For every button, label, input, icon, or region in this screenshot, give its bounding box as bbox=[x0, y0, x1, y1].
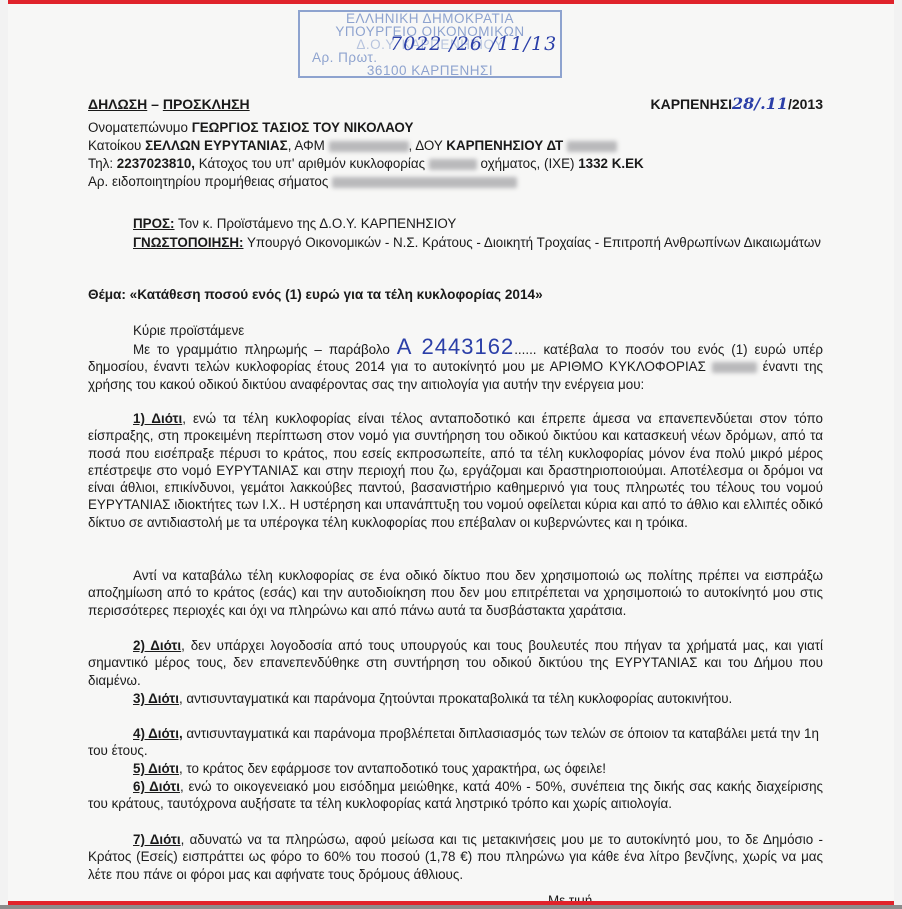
redacted-afm bbox=[329, 141, 409, 152]
reason-label: 4) Διότι, bbox=[133, 726, 183, 741]
reason-label: 6) Διότι bbox=[133, 779, 180, 794]
doc-type-separator: – bbox=[147, 96, 163, 112]
intro-paragraph: Με το γραμμάτιο πληρωμής – παράβολο Α 24… bbox=[88, 338, 823, 393]
phone-label: Τηλ: bbox=[88, 156, 117, 171]
reason-1-continued: Αντί να καταβάλω τέλη κυκλοφορίας σε ένα… bbox=[88, 567, 823, 619]
reason-6: 6) Διότι, ενώ το οικογενειακό μου εισόδη… bbox=[88, 778, 823, 813]
vehicle-cc: 1332 Κ.ΕΚ bbox=[578, 156, 644, 171]
stamp-line-5: 36100 ΚΑΡΠΕΝΗΣΙ bbox=[300, 64, 560, 77]
intro-before: Με το γραμμάτιο πληρωμής – παράβολο bbox=[133, 342, 397, 357]
residence: ΣΕΛΛΩΝ ΕΥΡΥΤΑΝΙΑΣ bbox=[145, 138, 288, 153]
reason-text: , αδυνατώ να τα πληρώσω, αφού μείωσα και… bbox=[88, 832, 823, 882]
reason-text: αντισυνταγματικά και παράνομα προβλέπετα… bbox=[88, 726, 819, 758]
place: ΚΑΡΠΕΝΗΣΙ bbox=[650, 96, 732, 112]
reason-text: , δεν υπάρχει λογοδοσία από τους υπουργο… bbox=[88, 638, 823, 688]
phone: 2237023810, bbox=[117, 156, 195, 171]
document-type: ΔΗΛΩΣΗ – ΠΡΟΣΚΛΗΣΗ bbox=[88, 96, 250, 112]
reason-label: 3) Διότι bbox=[133, 691, 179, 706]
reason-label: 5) Διότι bbox=[133, 761, 179, 776]
doc-type-declaration: ΔΗΛΩΣΗ bbox=[88, 96, 147, 112]
reason-7: 7) Διότι, αδυνατώ να τα πληρώσω, αφού με… bbox=[88, 831, 823, 883]
protocol-number-handwritten: 7022 /26 /11/13 bbox=[390, 38, 557, 51]
supply-label: Αρ. ειδοποιητηρίου προμήθειας σήματος bbox=[88, 174, 332, 189]
afm-label: , ΑΦΜ bbox=[288, 138, 329, 153]
reason-label: 2) Διότι bbox=[133, 638, 181, 653]
sender-name-line: Ονοματεπώνυμο ΓΕΩΡΓΙΟΣ ΤΑΣΙΟΣ ΤΟΥ ΝΙΚΟΛΑ… bbox=[88, 120, 413, 135]
to-label: ΠΡΟΣ: bbox=[133, 216, 175, 231]
vehicle-text-2: οχήματος, (ΙΧΕ) bbox=[477, 156, 578, 171]
place-date: ΚΑΡΠΕΝΗΣΙ28/.11/2013 bbox=[650, 94, 823, 113]
reason-text: , ενώ το οικογενειακό μου εισόδημα μειώθ… bbox=[88, 779, 823, 811]
reason-1: 1) Διότι, ενώ τα τέλη κυκλοφορίας είναι … bbox=[88, 410, 823, 531]
official-stamp: ΕΛΛΗΝΙΚΗ ΔΗΜΟΚΡΑΤΙΑ ΥΠΟΥΡΓΕΙΟ ΟΙΚΟΝΟΜΙΚΩ… bbox=[298, 10, 562, 78]
date-handwritten: 28/.11 bbox=[732, 94, 788, 113]
cc-label: ΓΝΩΣΤΟΠΟΙΗΣΗ: bbox=[133, 235, 244, 250]
receipt-number-handwritten: Α 2443162 bbox=[397, 334, 514, 359]
sender-name: ΓΕΩΡΓΙΟΣ ΤΑΣΙΟΣ ΤΟΥ ΝΙΚΟΛΑΟΥ bbox=[192, 120, 414, 135]
cc-line: ΓΝΩΣΤΟΠΟΙΗΣΗ: Υπουργό Οικονομικών - Ν.Σ.… bbox=[88, 234, 823, 252]
reason-text: Αντί να καταβάλω τέλη κυκλοφορίας σε ένα… bbox=[88, 568, 823, 618]
sender-residence-line: Κατοίκου ΣΕΛΛΩΝ ΕΥΡΥΤΑΝΙΑΣ, ΑΦΜ , ΔΟΥ ΚΑ… bbox=[88, 138, 617, 153]
doc-type-invitation: ΠΡΟΣΚΛΗΣΗ bbox=[163, 96, 250, 112]
bottom-shadow bbox=[0, 905, 902, 909]
salutation: Κύριε προϊστάμενε bbox=[133, 323, 244, 338]
reason-5: 5) Διότι, το κράτος δεν εφάρμοσε τον αντ… bbox=[88, 760, 823, 777]
redacted-plate bbox=[429, 159, 477, 170]
redacted-supply-number bbox=[332, 177, 517, 188]
recipient-line: ΠΡΟΣ: Τον κ. Προϊστάμενο της Δ.Ο.Υ. ΚΑΡΠ… bbox=[133, 216, 456, 231]
subject: Θέμα: «Κατάθεση ποσού ενός (1) ευρώ για … bbox=[88, 287, 543, 302]
sender-supply-line: Αρ. ειδοποιητηρίου προμήθειας σήματος bbox=[88, 174, 517, 189]
to-recipient: Τον κ. Προϊστάμενο της Δ.Ο.Υ. ΚΑΡΠΕΝΗΣΙΟ… bbox=[175, 216, 457, 231]
doy: ΚΑΡΠΕΝΗΣΙΟΥ ΔΤ bbox=[446, 138, 563, 153]
doy-label: , ΔΟΥ bbox=[409, 138, 447, 153]
reason-text: , αντισυνταγματικά και παράνομα ζητούντα… bbox=[179, 691, 732, 706]
redacted-plate-2 bbox=[712, 362, 757, 373]
reason-text: , ενώ τα τέλη κυκλοφορίας είναι τέλος αν… bbox=[88, 411, 823, 530]
reason-2: 2) Διότι, δεν υπάρχει λογοδοσία από τους… bbox=[88, 637, 823, 689]
reason-label: 7) Διότι bbox=[133, 832, 181, 847]
redacted-id bbox=[567, 141, 617, 152]
vehicle-text: Κάτοχος του υπ' αριθμόν κυκλοφορίας bbox=[195, 156, 429, 171]
scanned-document-page: ΕΛΛΗΝΙΚΗ ΔΗΜΟΚΡΑΤΙΑ ΥΠΟΥΡΓΕΙΟ ΟΙΚΟΝΟΜΙΚΩ… bbox=[8, 4, 894, 901]
date-year: /2013 bbox=[788, 96, 823, 112]
residence-label: Κατοίκου bbox=[88, 138, 145, 153]
reason-4: 4) Διότι, αντισυνταγματικά και παράνομα … bbox=[88, 725, 823, 760]
cc-recipients: Υπουργό Οικονομικών - Ν.Σ. Κράτους - Διο… bbox=[244, 235, 822, 250]
reason-text: , το κράτος δεν εφάρμοσε τον ανταποδοτικ… bbox=[179, 761, 606, 776]
name-label: Ονοματεπώνυμο bbox=[88, 120, 192, 135]
reason-3: 3) Διότι, αντισυνταγματικά και παράνομα … bbox=[88, 690, 823, 707]
reason-label: 1) Διότι bbox=[133, 411, 182, 426]
sender-phone-line: Τηλ: 2237023810, Κάτοχος του υπ' αριθμόν… bbox=[88, 156, 644, 171]
